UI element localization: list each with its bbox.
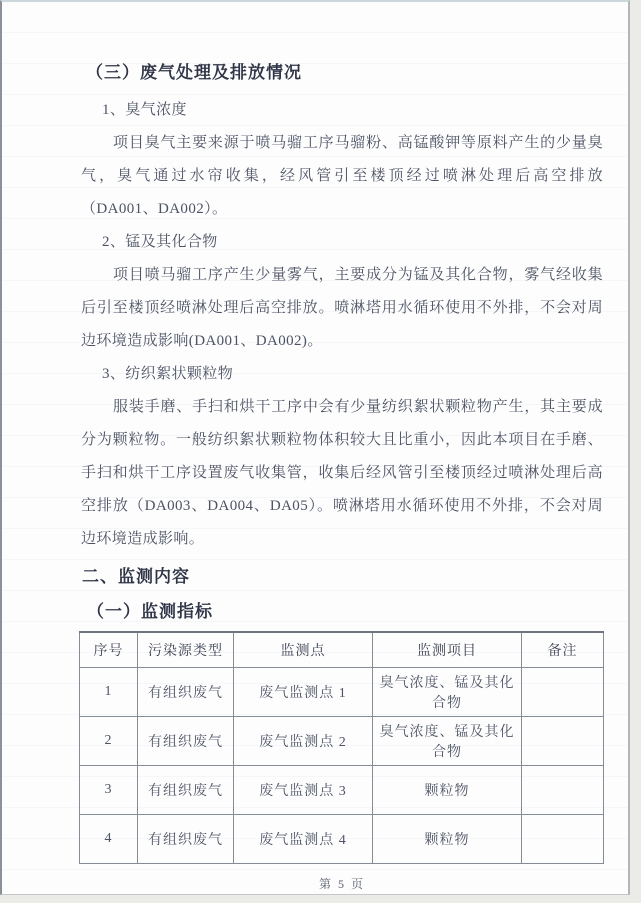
subsection-title-monitoring-indicators: （一）监测指标 bbox=[87, 599, 603, 625]
cell-no: 4 bbox=[80, 815, 138, 864]
paragraph-odor: 项目臭气主要来源于喷马骝工序马骝粉、高锰酸钾等原料产生的少量臭气，臭气通过水帘收… bbox=[81, 127, 603, 226]
page-number-footer: 第 5 页 bbox=[81, 875, 603, 892]
header-cell-note: 备注 bbox=[522, 632, 604, 668]
header-cell-no: 序号 bbox=[80, 632, 138, 668]
cell-source: 有组织废气 bbox=[138, 668, 234, 717]
table-row: 3 有组织废气 废气监测点 3 颗粒物 bbox=[80, 766, 604, 815]
scanned-document-canvas: （三）废气处理及排放情况 1、臭气浓度 项目臭气主要来源于喷马骝工序马骝粉、高锰… bbox=[0, 0, 641, 903]
cell-source: 有组织废气 bbox=[138, 766, 234, 815]
cell-point: 废气监测点 2 bbox=[234, 717, 373, 766]
cell-point: 废气监测点 1 bbox=[234, 668, 373, 717]
table-row: 4 有组织废气 废气监测点 4 颗粒物 bbox=[80, 815, 604, 864]
cell-item: 臭气浓度、锰及其化合物 bbox=[373, 668, 522, 717]
header-cell-source: 污染源类型 bbox=[138, 632, 234, 668]
section-title-monitoring-content: 二、监测内容 bbox=[82, 564, 603, 590]
cell-source: 有组织废气 bbox=[138, 717, 234, 766]
paragraph-manganese: 项目喷马骝工序产生少量雾气，主要成分为锰及其化合物，雾气经收集后引至楼顶经喷淋处… bbox=[81, 259, 603, 358]
cell-item: 颗粒物 bbox=[373, 766, 522, 815]
subitem-heading-particulate: 3、纺织絮状颗粒物 bbox=[81, 358, 603, 391]
table-row: 1 有组织废气 废气监测点 1 臭气浓度、锰及其化合物 bbox=[80, 668, 604, 717]
document-page: （三）废气处理及排放情况 1、臭气浓度 项目臭气主要来源于喷马骝工序马骝粉、高锰… bbox=[0, 0, 630, 895]
paragraph-particulate: 服装手磨、手扫和烘干工序中会有少量纺织絮状颗粒物产生，其主要成分为颗粒物。一般纺… bbox=[81, 391, 603, 556]
header-cell-point: 监测点 bbox=[234, 632, 373, 668]
table-row: 2 有组织废气 废气监测点 2 臭气浓度、锰及其化合物 bbox=[80, 717, 604, 766]
header-cell-item: 监测项目 bbox=[373, 632, 522, 668]
cell-no: 1 bbox=[80, 668, 138, 717]
cell-item: 颗粒物 bbox=[373, 815, 522, 864]
cell-no: 3 bbox=[80, 766, 138, 815]
section-title-waste-gas-treatment: （三）废气处理及排放情况 bbox=[86, 60, 603, 86]
section-body: 1、臭气浓度 项目臭气主要来源于喷马骝工序马骝粉、高锰酸钾等原料产生的少量臭气，… bbox=[81, 94, 603, 556]
cell-item: 臭气浓度、锰及其化合物 bbox=[373, 717, 522, 766]
cell-source: 有组织废气 bbox=[138, 815, 234, 864]
subitem-heading-odor: 1、臭气浓度 bbox=[81, 94, 603, 127]
cell-note bbox=[522, 815, 604, 864]
page-content: （三）废气处理及排放情况 1、臭气浓度 项目臭气主要来源于喷马骝工序马骝粉、高锰… bbox=[81, 2, 603, 892]
cell-no: 2 bbox=[80, 717, 138, 766]
subitem-heading-manganese: 2、锰及其化合物 bbox=[81, 226, 603, 259]
monitoring-indicators-table: 序号 污染源类型 监测点 监测项目 备注 1 有组织废气 废气监测点 1 臭气浓… bbox=[79, 631, 604, 864]
cell-note bbox=[522, 717, 604, 766]
cell-note bbox=[522, 766, 604, 815]
table-header-row: 序号 污染源类型 监测点 监测项目 备注 bbox=[80, 632, 604, 668]
cell-point: 废气监测点 3 bbox=[234, 766, 373, 815]
cell-note bbox=[522, 668, 604, 717]
cell-point: 废气监测点 4 bbox=[234, 815, 373, 864]
